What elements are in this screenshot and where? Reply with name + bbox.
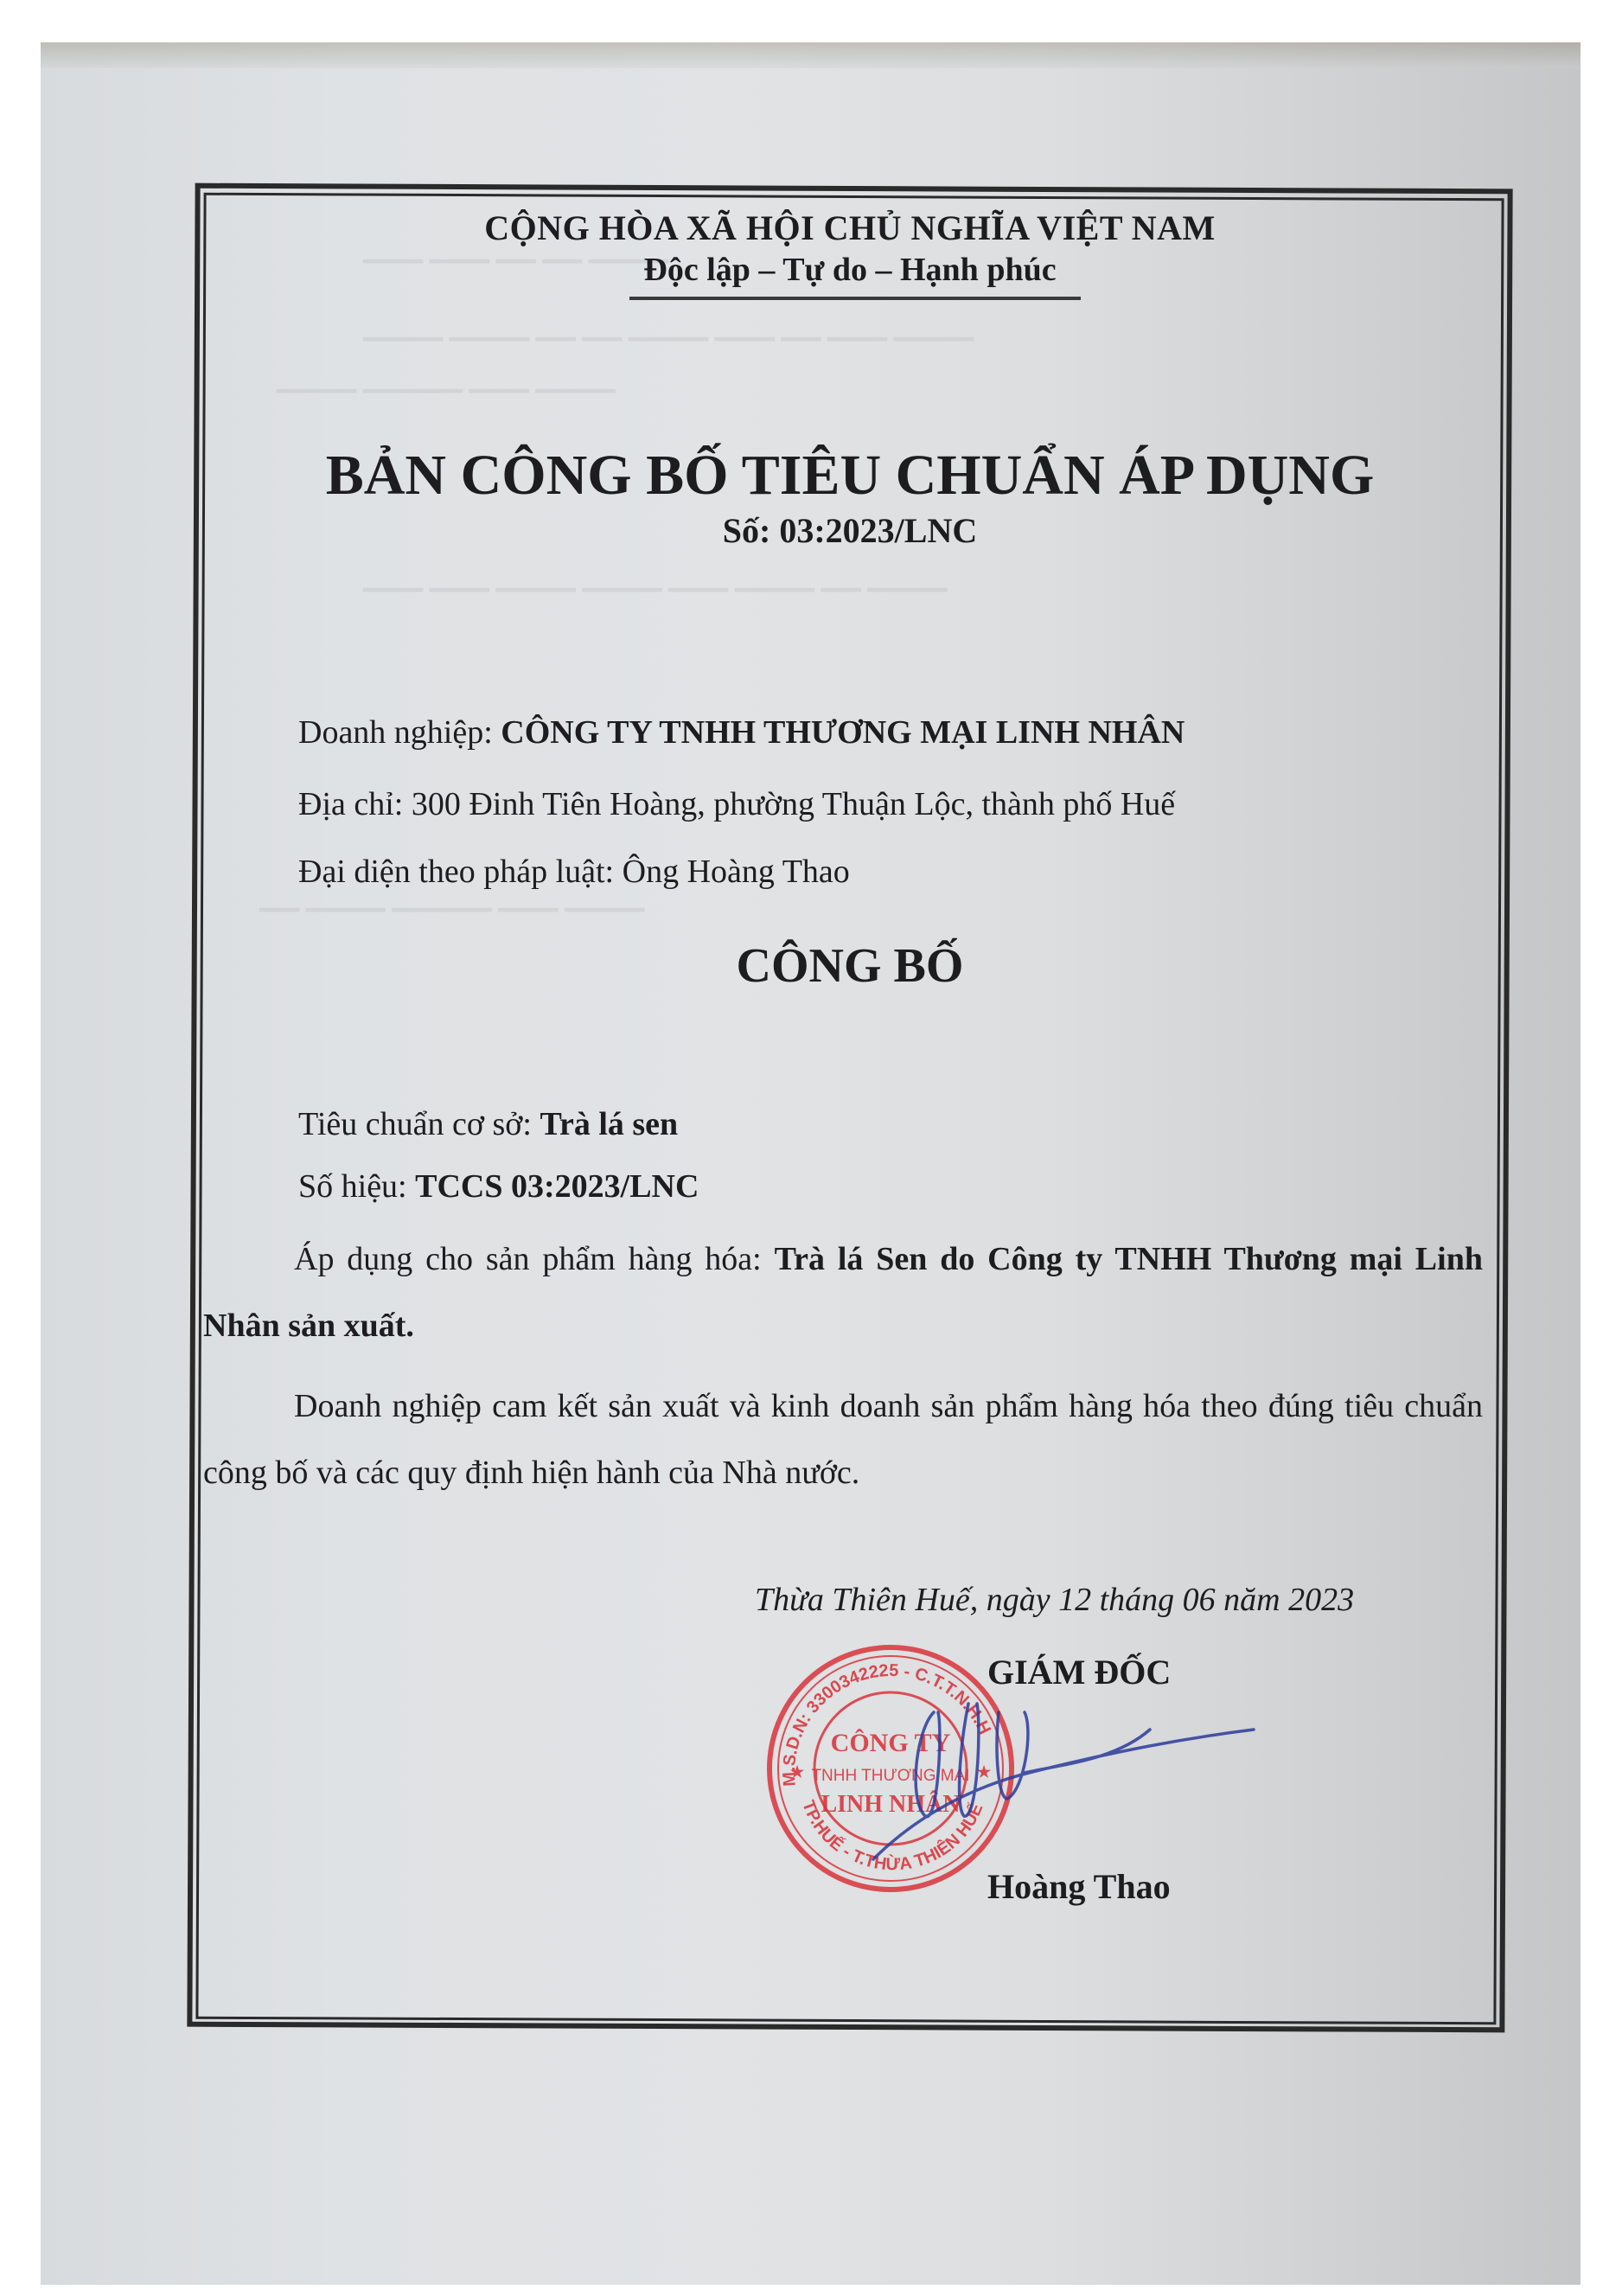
document-number: Số: 03:2023/LNC	[200, 510, 1500, 551]
declaration-heading: CÔNG BỐ	[200, 938, 1500, 994]
enterprise-address-label: Địa chỉ:	[298, 786, 412, 822]
document-title: BẢN CÔNG BỐ TIÊU CHUẨN ÁP DỤNG	[200, 443, 1500, 508]
applies-to-paragraph: Áp dụng cho sản phẩm hàng hóa: Trà lá Se…	[203, 1226, 1483, 1359]
standard-code-label: Số hiệu:	[298, 1168, 415, 1205]
enterprise-address-value: 300 Đinh Tiên Hoàng, phường Thuận Lộc, t…	[412, 786, 1175, 822]
standard-code-value: TCCS 03:2023/LNC	[415, 1168, 699, 1205]
standard-code-line: Số hiệu: TCCS 03:2023/LNC	[298, 1167, 699, 1206]
national-title: CỘNG HÒA XÃ HỘI CHỦ NGHĨA VIỆT NAM	[200, 208, 1500, 248]
commitment-text: Doanh nghiệp cam kết sản xuất và kinh do…	[203, 1388, 1483, 1491]
national-motto: Độc lập – Tự do – Hạnh phúc	[200, 251, 1500, 289]
applies-label: Áp dụng cho sản phẩm hàng hóa:	[294, 1241, 775, 1277]
standard-label: Tiêu chuẩn cơ sở:	[298, 1106, 540, 1142]
place-date: Thừa Thiên Huế, ngày 12 tháng 06 năm 202…	[755, 1581, 1354, 1619]
enterprise-representative: Đại diện theo pháp luật: Ông Hoàng Thao	[298, 853, 850, 891]
enterprise-name-label: Doanh nghiệp:	[298, 714, 501, 751]
commitment-paragraph: Doanh nghiệp cam kết sản xuất và kinh do…	[203, 1373, 1483, 1506]
signature-icon	[856, 1678, 1262, 1877]
representative-label: Đại diện theo pháp luật:	[298, 854, 623, 890]
motto-underline	[629, 297, 1081, 300]
document: CỘNG HÒA XÃ HỘI CHỦ NGHĨA VIỆT NAM Độc l…	[0, 0, 1622, 2296]
representative-value: Ông Hoàng Thao	[623, 854, 850, 890]
standard-line: Tiêu chuẩn cơ sở: Trà lá sen	[298, 1105, 678, 1143]
enterprise-name-value: CÔNG TY TNHH THƯƠNG MẠI LINH NHÂN	[501, 714, 1185, 751]
standard-value: Trà lá sen	[540, 1106, 678, 1142]
enterprise-name: Doanh nghiệp: CÔNG TY TNHH THƯƠNG MẠI LI…	[298, 713, 1185, 751]
svg-text:★: ★	[790, 1763, 805, 1781]
enterprise-address: Địa chỉ: 300 Đinh Tiên Hoàng, phường Thu…	[298, 785, 1175, 823]
signer-name: Hoàng Thao	[987, 1866, 1171, 1907]
